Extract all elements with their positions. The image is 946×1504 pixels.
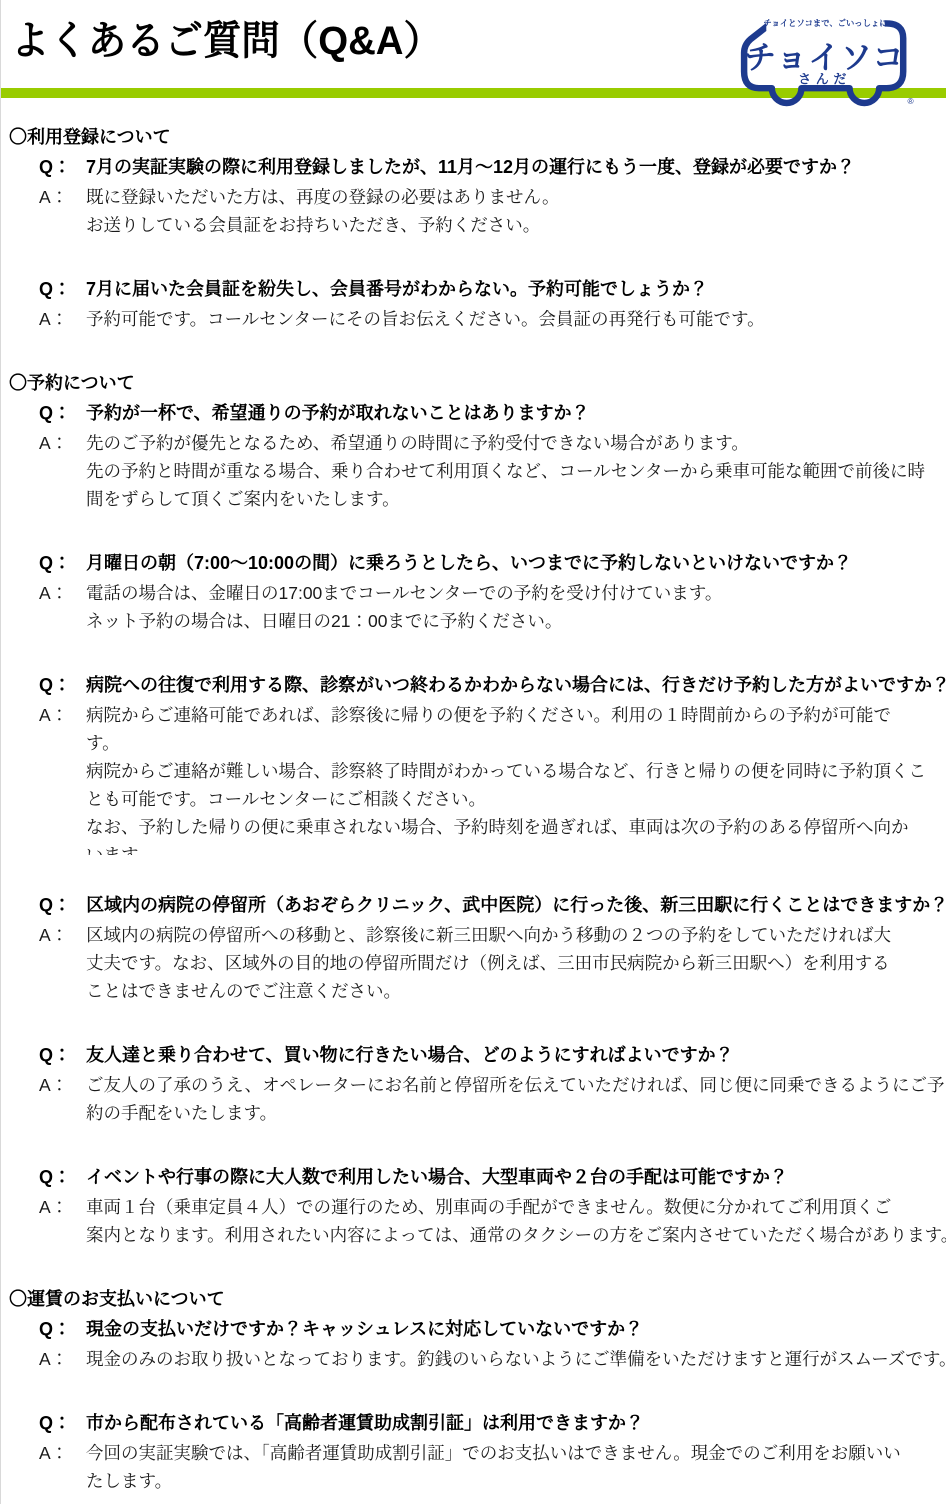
qa-block: Q： 月曜日の朝（7:00～10:00の間）に乗ろうとしたら、いつまでに予約しな…	[9, 549, 942, 635]
question-text: 7月に届いた会員証を紛失し、会員番号がわからない。予約可能でしょうか？	[86, 275, 708, 303]
logo-brand: チョイソコ	[744, 40, 904, 75]
section-qas: Q： 予約が一杯で、希望通りの予約が取れないことはありますか？ A： 先のご予約…	[9, 399, 942, 1249]
question-row: Q： 予約が一杯で、希望通りの予約が取れないことはありますか？	[39, 399, 942, 427]
answer-row: A： 先のご予約が優先となるため、希望通りの時間に予約受付できない場合があります…	[39, 429, 942, 513]
faq-section: 〇運賃のお支払いについて Q： 現金の支払いだけですか？キャッシュレスに対応して…	[9, 1285, 942, 1495]
question-row: Q： 友人達と乗り合わせて、買い物に行きたい場合、どのようにすればよいですか？	[39, 1041, 942, 1069]
a-label: A：	[39, 1193, 86, 1221]
question-row: Q： 7月に届いた会員証を紛失し、会員番号がわからない。予約可能でしょうか？	[39, 275, 942, 303]
answer-line: ご友人の了承のうえ、オペレーターにお名前と停留所を伝えていただければ、同じ便に同…	[86, 1071, 942, 1099]
answer-line: お送りしている会員証をお持ちいただき、予約ください。	[86, 211, 560, 239]
question-text: 7月の実証実験の際に利用登録しましたが、11月～12月の運行にもう一度、登録が必…	[86, 153, 855, 181]
question-row: Q： 7月の実証実験の際に利用登録しましたが、11月～12月の運行にもう一度、登…	[39, 153, 942, 181]
answer-line: 病院からご連絡が難しい場合、診察終了時間がわかっている場合など、行きと帰りの便を…	[86, 757, 926, 785]
answer-line: 電話の場合は、金曜日の17:00までコールセンターでの予約を受け付けています。	[86, 579, 722, 607]
section-heading: 〇予約について	[9, 369, 942, 397]
a-label: A：	[39, 1071, 86, 1099]
section-heading: 〇利用登録について	[9, 123, 942, 151]
a-label: A：	[39, 1345, 86, 1373]
answer-line: 間をずらして頂くご案内をいたします。	[86, 485, 925, 513]
answer-line: 今回の実証実験では、「高齢者運賃助成割引証」でのお支払いはできません。現金でのご…	[86, 1439, 901, 1467]
qa-block: Q： 予約が一杯で、希望通りの予約が取れないことはありますか？ A： 先のご予約…	[9, 399, 942, 513]
answer-line: ことはできませんのでご注意ください。	[86, 977, 891, 1005]
answer-lines: 予約可能です。コールセンターにその旨お伝えください。会員証の再発行も可能です。	[86, 305, 765, 333]
page-header: よくあるご質問（Q&A） チョイとソコまで、ごいっしょに チョイソコ さんだ ®	[1, 0, 946, 88]
q-label: Q：	[39, 153, 86, 181]
a-label: A：	[39, 429, 86, 457]
answer-line: 先のご予約が優先となるため、希望通りの時間に予約受付できない場合があります。	[86, 429, 925, 457]
question-text: 予約が一杯で、希望通りの予約が取れないことはありますか？	[86, 399, 590, 427]
answer-row: A： ご友人の了承のうえ、オペレーターにお名前と停留所を伝えていただければ、同じ…	[39, 1071, 942, 1127]
section-heading: 〇運賃のお支払いについて	[9, 1285, 942, 1313]
answer-lines: 先のご予約が優先となるため、希望通りの時間に予約受付できない場合があります。先の…	[86, 429, 925, 513]
q-label: Q：	[39, 275, 86, 303]
answer-line: たします。	[86, 1467, 901, 1495]
answer-line: とも可能です。コールセンターにご相談ください。	[86, 785, 926, 813]
registered-mark: ®	[908, 96, 914, 106]
question-text: 市から配布されている「高齢者運賃助成割引証」は利用できますか？	[86, 1409, 644, 1437]
question-text: 現金の支払いだけですか？キャッシュレスに対応していないですか？	[86, 1315, 643, 1343]
answer-line: 病院からご連絡可能であれば、診察後に帰りの便を予約ください。利用の１時間前からの…	[86, 701, 926, 729]
question-text: 病院への往復で利用する際、診察がいつ終わるかわからない場合には、行きだけ予約した…	[86, 671, 946, 699]
faq-content: 〇利用登録について Q： 7月の実証実験の際に利用登録しましたが、11月～12月…	[1, 123, 946, 1495]
question-row: Q： 現金の支払いだけですか？キャッシュレスに対応していないですか？	[39, 1315, 942, 1343]
answer-row: A： 既に登録いただいた方は、再度の登録の必要はありません。お送りしている会員証…	[39, 183, 942, 239]
question-row: Q： 月曜日の朝（7:00～10:00の間）に乗ろうとしたら、いつまでに予約しな…	[39, 549, 942, 577]
q-label: Q：	[39, 1041, 86, 1069]
question-row: Q： イベントや行事の際に大人数で利用したい場合、大型車両や２台の手配は可能です…	[39, 1163, 942, 1191]
q-label: Q：	[39, 671, 86, 699]
answer-line: す。	[86, 729, 926, 757]
answer-row: A： 現金のみのお取り扱いとなっております。釣銭のいらないようにご準備をいただけ…	[39, 1345, 942, 1373]
answer-lines: 電話の場合は、金曜日の17:00までコールセンターでの予約を受け付けています。ネ…	[86, 579, 722, 635]
q-label: Q：	[39, 1163, 86, 1191]
question-row: Q： 市から配布されている「高齢者運賃助成割引証」は利用できますか？	[39, 1409, 942, 1437]
answer-line: ネット予約の場合は、日曜日の21：00までに予約ください。	[86, 607, 722, 635]
answer-line: 案内となります。利用されたい内容によっては、通常のタクシーの方をご案内させていた…	[86, 1221, 942, 1249]
q-label: Q：	[39, 1409, 86, 1437]
a-label: A：	[39, 579, 86, 607]
a-label: A：	[39, 183, 86, 211]
answer-line: います。	[86, 841, 926, 855]
answer-line: 予約可能です。コールセンターにその旨お伝えください。会員証の再発行も可能です。	[86, 305, 765, 333]
answer-row: A： 区域内の病院の停留所への移動と、診察後に新三田駅へ向かう移動の２つの予約を…	[39, 921, 942, 1005]
answer-line: 丈夫です。なお、区域外の目的地の停留所間だけ（例えば、三田市民病院から新三田駅へ…	[86, 949, 891, 977]
faq-section: 〇利用登録について Q： 7月の実証実験の際に利用登録しましたが、11月～12月…	[9, 123, 942, 333]
answer-lines: 今回の実証実験では、「高齢者運賃助成割引証」でのお支払いはできません。現金でのご…	[86, 1439, 901, 1495]
question-row: Q： 病院への往復で利用する際、診察がいつ終わるかわからない場合には、行きだけ予…	[39, 671, 942, 699]
bus-logo-icon: チョイとソコまで、ごいっしょに チョイソコ さんだ ®	[733, 12, 918, 107]
qa-block: Q： イベントや行事の際に大人数で利用したい場合、大型車両や２台の手配は可能です…	[9, 1163, 942, 1249]
qa-block: Q： 現金の支払いだけですか？キャッシュレスに対応していないですか？ A： 現金…	[9, 1315, 942, 1373]
q-label: Q：	[39, 1315, 86, 1343]
page-title: よくあるご質問（Q&A）	[11, 10, 442, 72]
section-qas: Q： 7月の実証実験の際に利用登録しましたが、11月～12月の運行にもう一度、登…	[9, 153, 942, 333]
answer-line: 既に登録いただいた方は、再度の登録の必要はありません。	[86, 183, 560, 211]
answer-lines: 現金のみのお取り扱いとなっております。釣銭のいらないようにご準備をいただけますと…	[86, 1345, 942, 1373]
answer-row: A： 車両１台（乗車定員４人）での運行のため、別車両の手配ができません。数便に分…	[39, 1193, 942, 1249]
q-label: Q：	[39, 399, 86, 427]
answer-lines: 既に登録いただいた方は、再度の登録の必要はありません。お送りしている会員証をお持…	[86, 183, 560, 239]
qa-block: Q： 7月に届いた会員証を紛失し、会員番号がわからない。予約可能でしょうか？ A…	[9, 275, 942, 333]
answer-lines: ご友人の了承のうえ、オペレーターにお名前と停留所を伝えていただければ、同じ便に同…	[86, 1071, 942, 1127]
question-text: 月曜日の朝（7:00～10:00の間）に乗ろうとしたら、いつまでに予約しないとい…	[86, 549, 852, 577]
answer-line: 区域内の病院の停留所への移動と、診察後に新三田駅へ向かう移動の２つの予約をしてい…	[86, 921, 891, 949]
answer-line: なお、予約した帰りの便に乗車されない場合、予約時刻を過ぎれば、車両は次の予約のあ…	[86, 813, 926, 841]
qa-block: Q： 市から配布されている「高齢者運賃助成割引証」は利用できますか？ A： 今回…	[9, 1409, 942, 1495]
question-text: イベントや行事の際に大人数で利用したい場合、大型車両や２台の手配は可能ですか？	[86, 1163, 788, 1191]
faq-page: { "header": { "title": "よくあるご質問（Q&A）", "…	[0, 0, 946, 1504]
a-label: A：	[39, 305, 86, 333]
qa-block: Q： 病院への往復で利用する際、診察がいつ終わるかわからない場合には、行きだけ予…	[9, 671, 942, 855]
logo-sub-brand: さんだ	[798, 72, 851, 87]
question-row: Q： 区域内の病院の停留所（あおぞらクリニック、武中医院）に行った後、新三田駅に…	[39, 891, 942, 919]
answer-line: 現金のみのお取り扱いとなっております。釣銭のいらないようにご準備をいただけますと…	[86, 1345, 942, 1373]
answer-row: A： 予約可能です。コールセンターにその旨お伝えください。会員証の再発行も可能で…	[39, 305, 942, 333]
q-label: Q：	[39, 891, 86, 919]
qa-block: Q： 7月の実証実験の際に利用登録しましたが、11月～12月の運行にもう一度、登…	[9, 153, 942, 239]
a-label: A：	[39, 921, 86, 949]
choisoko-logo: チョイとソコまで、ごいっしょに チョイソコ さんだ ®	[733, 12, 918, 112]
answer-row: A： 電話の場合は、金曜日の17:00までコールセンターでの予約を受け付けていま…	[39, 579, 942, 635]
a-label: A：	[39, 701, 86, 729]
qa-block: Q： 友人達と乗り合わせて、買い物に行きたい場合、どのようにすればよいですか？ …	[9, 1041, 942, 1127]
answer-line: 先の予約と時間が重なる場合、乗り合わせて利用頂くなど、コールセンターから乗車可能…	[86, 457, 925, 485]
answer-row: A： 今回の実証実験では、「高齢者運賃助成割引証」でのお支払いはできません。現金…	[39, 1439, 942, 1495]
answer-lines: 病院からご連絡可能であれば、診察後に帰りの便を予約ください。利用の１時間前からの…	[86, 701, 926, 855]
faq-section: 〇予約について Q： 予約が一杯で、希望通りの予約が取れないことはありますか？ …	[9, 369, 942, 1249]
answer-line: 約の手配をいたします。	[86, 1099, 942, 1127]
answer-row: A： 病院からご連絡可能であれば、診察後に帰りの便を予約ください。利用の１時間前…	[39, 701, 942, 855]
q-label: Q：	[39, 549, 86, 577]
question-text: 友人達と乗り合わせて、買い物に行きたい場合、どのようにすればよいですか？	[86, 1041, 734, 1069]
answer-lines: 車両１台（乗車定員４人）での運行のため、別車両の手配ができません。数便に分かれて…	[86, 1193, 942, 1249]
qa-block: Q： 区域内の病院の停留所（あおぞらクリニック、武中医院）に行った後、新三田駅に…	[9, 891, 942, 1005]
question-text: 区域内の病院の停留所（あおぞらクリニック、武中医院）に行った後、新三田駅に行くこ…	[86, 891, 946, 919]
answer-line: 車両１台（乗車定員４人）での運行のため、別車両の手配ができません。数便に分かれて…	[86, 1193, 942, 1221]
section-qas: Q： 現金の支払いだけですか？キャッシュレスに対応していないですか？ A： 現金…	[9, 1315, 942, 1495]
logo-tagline: チョイとソコまで、ごいっしょに	[763, 18, 887, 28]
a-label: A：	[39, 1439, 86, 1467]
answer-lines: 区域内の病院の停留所への移動と、診察後に新三田駅へ向かう移動の２つの予約をしてい…	[86, 921, 891, 1005]
